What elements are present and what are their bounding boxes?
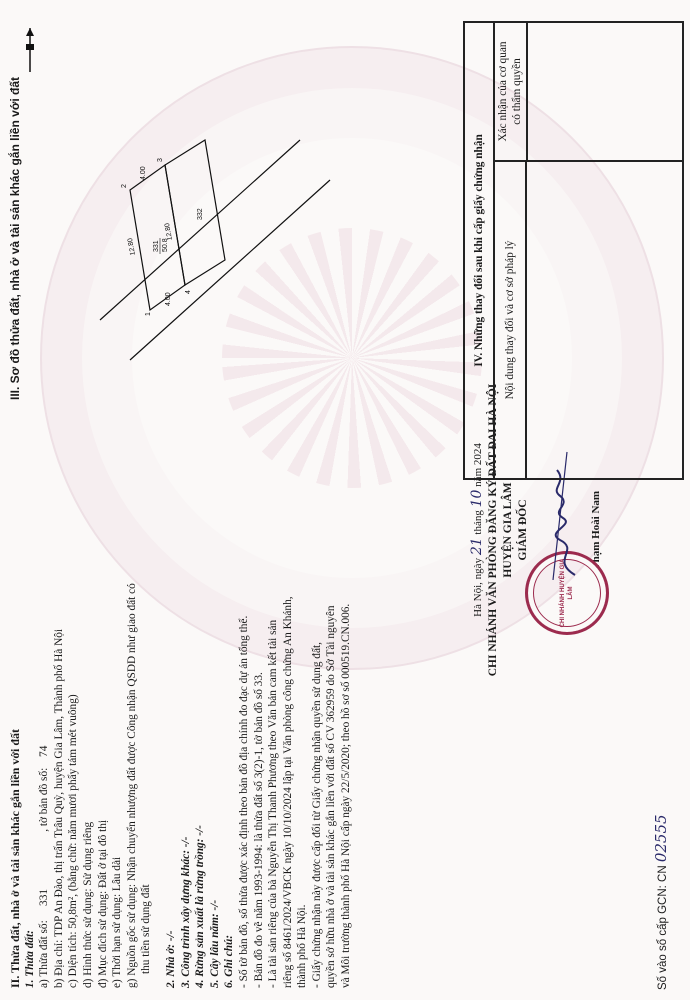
svg-text:4: 4 [185,290,192,294]
note-line: riêng số 8461/2024/VBCK ngày 10/10/2024 … [281,428,296,988]
changes-body [527,160,682,478]
perennial-trees: 5. Cây lâu năm: -/- [208,428,223,988]
land-origin-cont: thu tiền sử dụng đất [139,428,154,988]
parcel-subheading: 1. Thửa đất: [23,428,38,988]
use-term: e) Thời hạn sử dụng: Lâu dài [110,428,125,988]
issue-month: 10 [469,490,485,508]
note-line: thành phố Hà Nội. [295,428,310,988]
parcel-label: 331 [153,240,160,252]
north-arrow-icon [20,24,40,72]
area: c) Diện tích: 50,8m², (bằng chữ: năm mươ… [66,428,81,988]
parcel-area: 50.8 [162,238,169,252]
parcel-diagram: 12.80 12.80 4.00 4.00 331 50.8 332 1 2 3… [90,120,350,380]
column-change-content: Nội dung thay đổi và cơ sở pháp lý [495,160,527,478]
other-works: 3. Công trình xây dựng khác: -/- [179,428,194,988]
side-left: 4.00 [165,292,172,306]
section-3-heading: III. Sơ đồ thửa đất, nhà ở và tài sản kh… [8,77,22,400]
side-right: 4.00 [140,166,147,180]
section-2-heading: II. Thửa đất, nhà ở và tài sản khác gắn … [8,428,23,988]
parcel-label: a) Thửa đất số: [38,920,50,988]
parcel-number: 331 [37,877,52,917]
map-sheet-number: 74 [38,746,50,765]
note-line: và Môi trường thành phố Hà Nội cấp ngày … [339,428,354,988]
section-2-parcel-info: II. Thửa đất, nhà ở và tài sản khác gắn … [8,428,354,988]
certificate-page: II. Thửa đất, nhà ở và tài sản khác gắn … [0,0,690,1000]
register-number-value: 02555 [652,814,670,862]
svg-text:2: 2 [121,184,128,188]
svg-text:3: 3 [157,158,164,162]
section-4-heading: IV. Những thay đổi sau khi cấp giấy chứn… [465,23,495,478]
note-line: quyền sở hữu nhà ở và tài sản khác gắn l… [324,428,339,988]
section-4-changes-table: IV. Những thay đổi sau khi cấp giấy chứn… [463,21,684,480]
svg-text:1: 1 [145,312,152,316]
note-line: - Số tờ bản đồ, số thửa được xác định th… [237,428,252,988]
note-line: - Bản đồ đo vẽ năm 1993-1994: là thửa đấ… [252,428,267,988]
note-line: - Là tài sản riêng của bà Nguyễn Thị Tha… [266,428,281,988]
map-sheet-label: , tờ bản đồ số: [38,768,50,832]
use-purpose: đ) Mục đích sử dụng: Đất ở tại đô thị [96,428,111,988]
land-origin: g) Nguồn gốc sử dụng: Nhận chuyển nhượng… [125,428,140,988]
side-top: 12.80 [127,237,137,256]
neighbor-parcel: 332 [197,208,204,220]
production-forest: 4. Rừng sản xuất là rừng trồng: -/- [193,428,208,988]
register-number: Số vào sổ cấp GCN: CN 02555 [652,814,670,990]
column-authority-confirmation: Xác nhận của cơ quan có thẩm quyền [495,23,528,160]
parcel-number-row: a) Thửa đất số: 331 , tờ bản đồ số: 74 [37,428,52,988]
house: 2. Nhà ở: -/- [164,428,179,988]
notes-heading: 6. Ghi chú: [222,428,237,988]
address: b) Địa chỉ: TDP An Đào, thị trấn Trâu Qu… [52,428,67,988]
issue-day: 21 [469,537,485,555]
use-form: d) Hình thức sử dụng: Sử dụng riêng [81,428,96,988]
note-line: - Giấy chứng nhận này được cấp đổi từ Gi… [310,428,325,988]
